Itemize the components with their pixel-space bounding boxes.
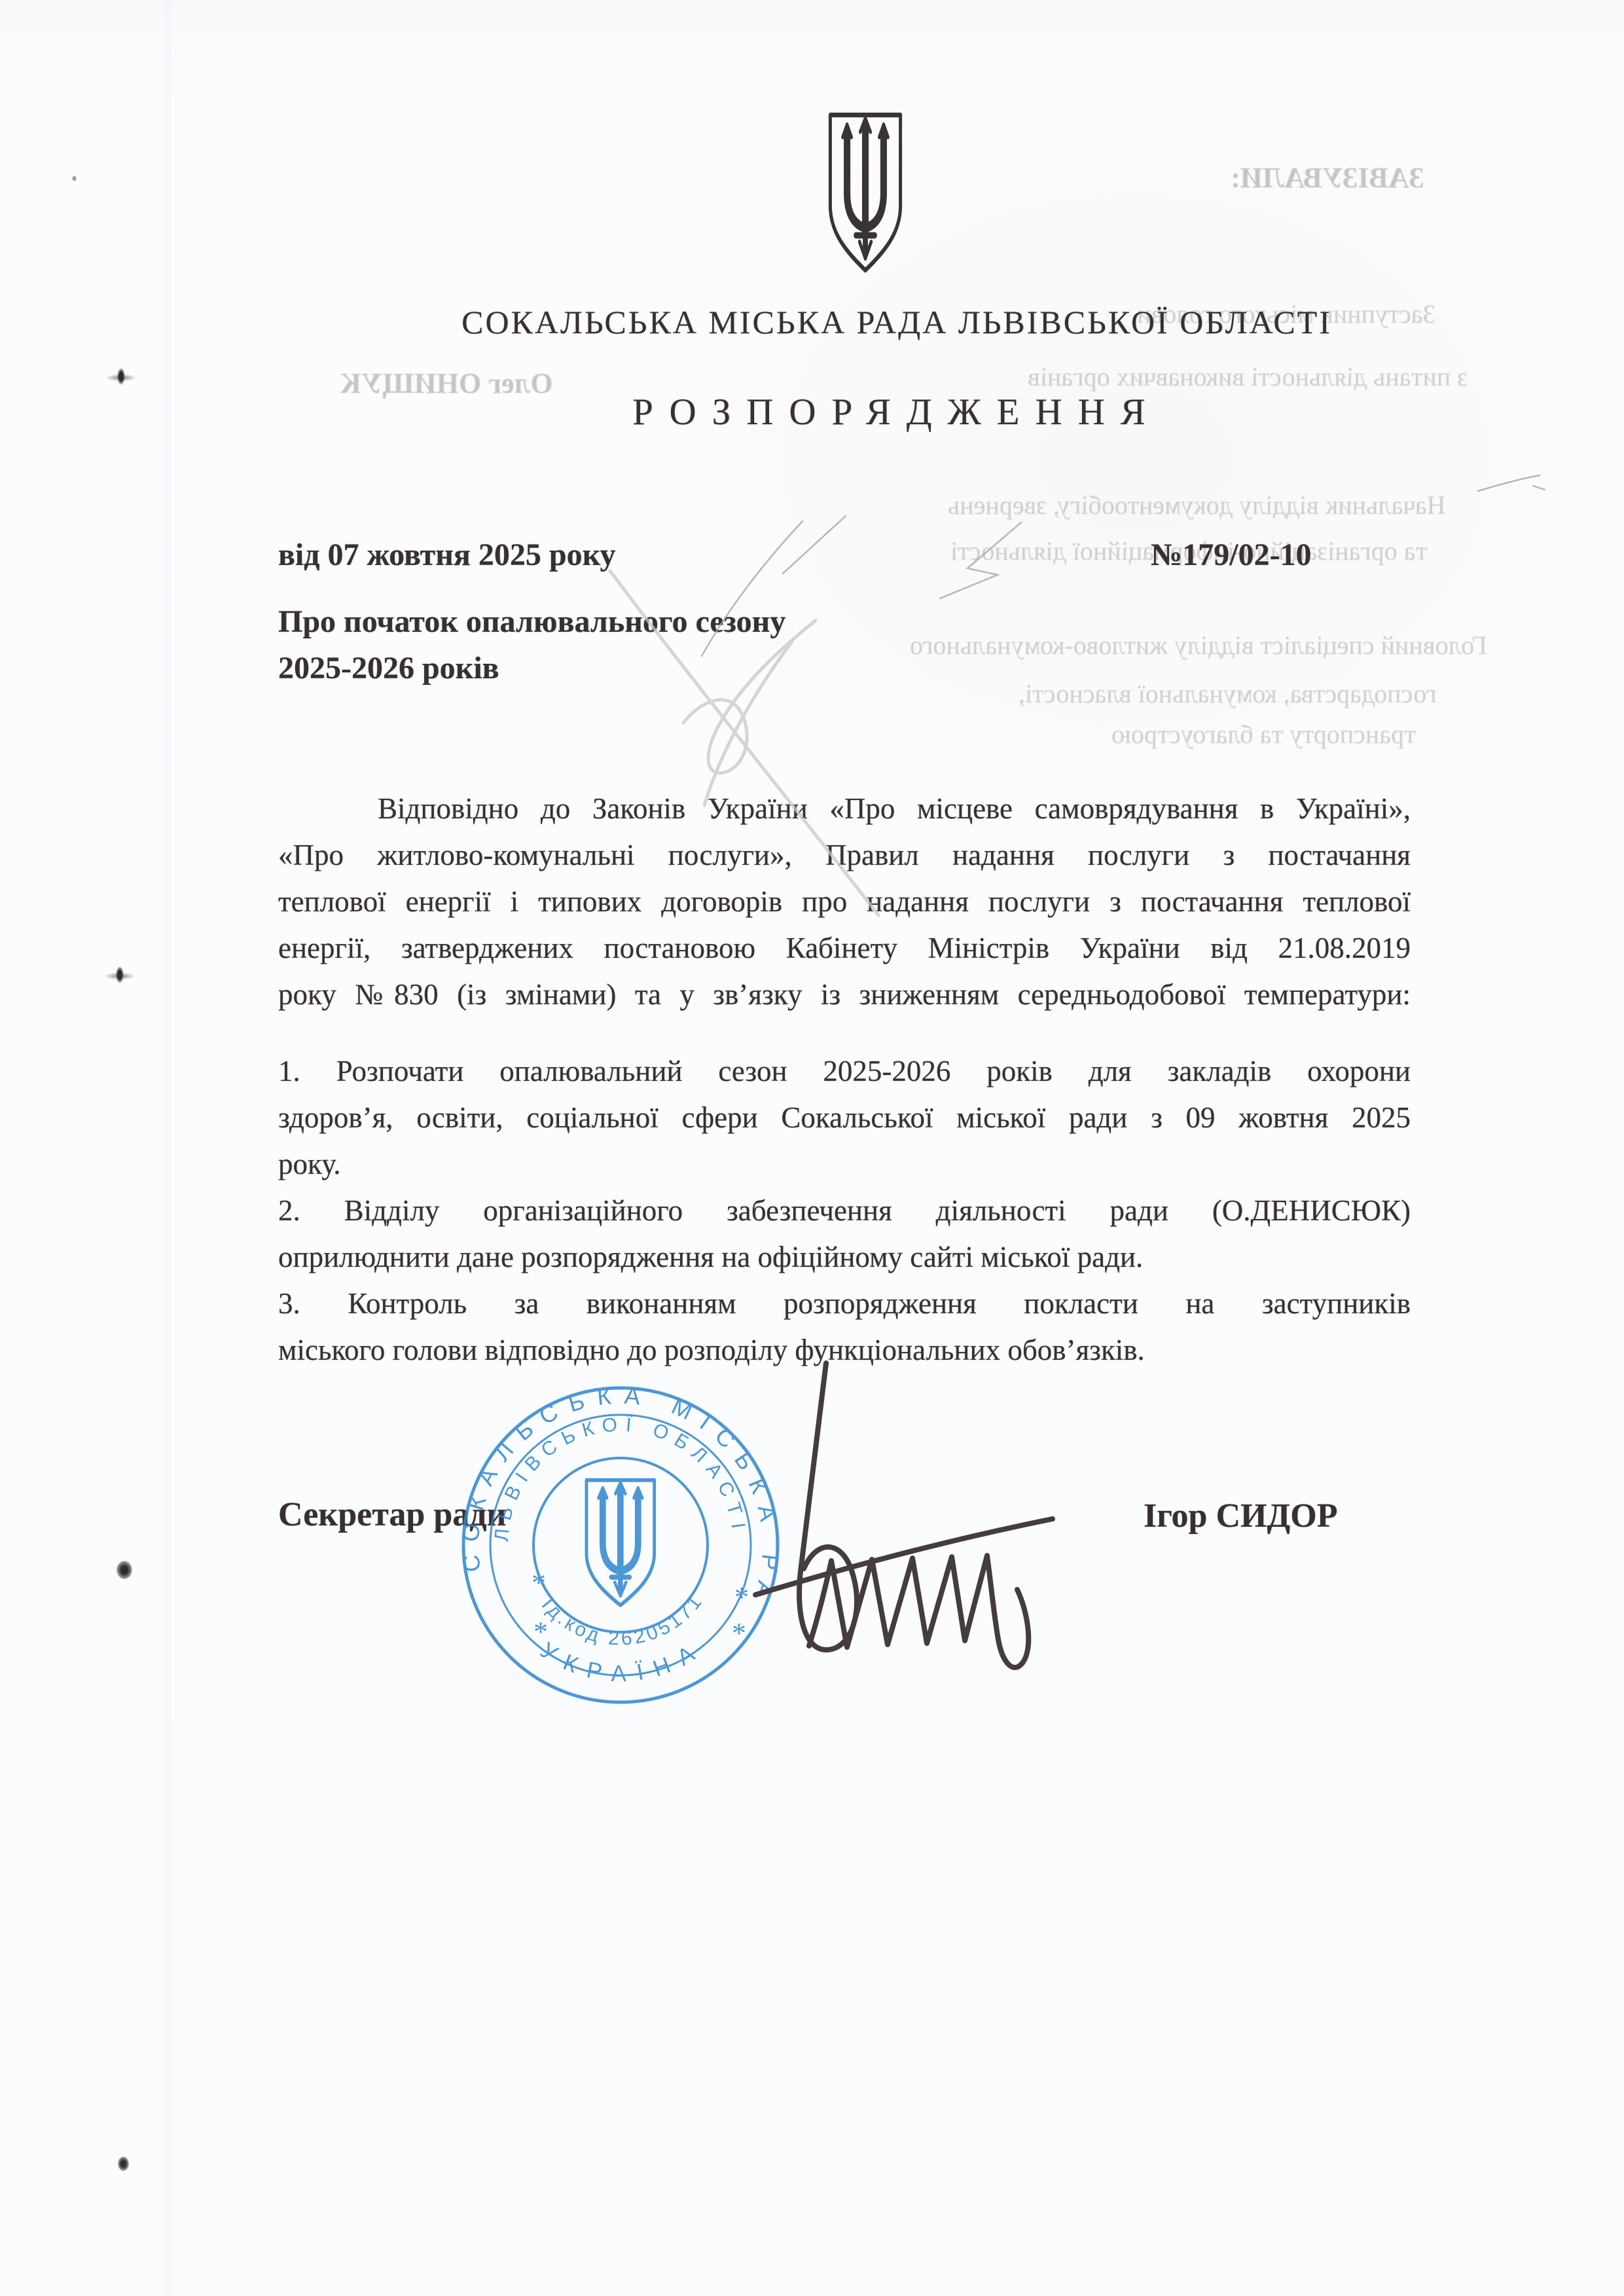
ink-dot xyxy=(118,2157,129,2171)
bleedthrough-signature xyxy=(610,571,878,915)
scanned-order-page: { "document": { "authority": "СОКАЛЬСЬКА… xyxy=(0,0,1624,2296)
pencil-scribble xyxy=(702,475,1545,656)
handwritten-signature xyxy=(755,1363,1053,1667)
staple-mark xyxy=(98,962,141,987)
ink-speck xyxy=(72,175,77,181)
annotations-overlay xyxy=(0,0,1624,2296)
ink-dot xyxy=(117,1561,132,1579)
staple-mark xyxy=(99,364,143,389)
